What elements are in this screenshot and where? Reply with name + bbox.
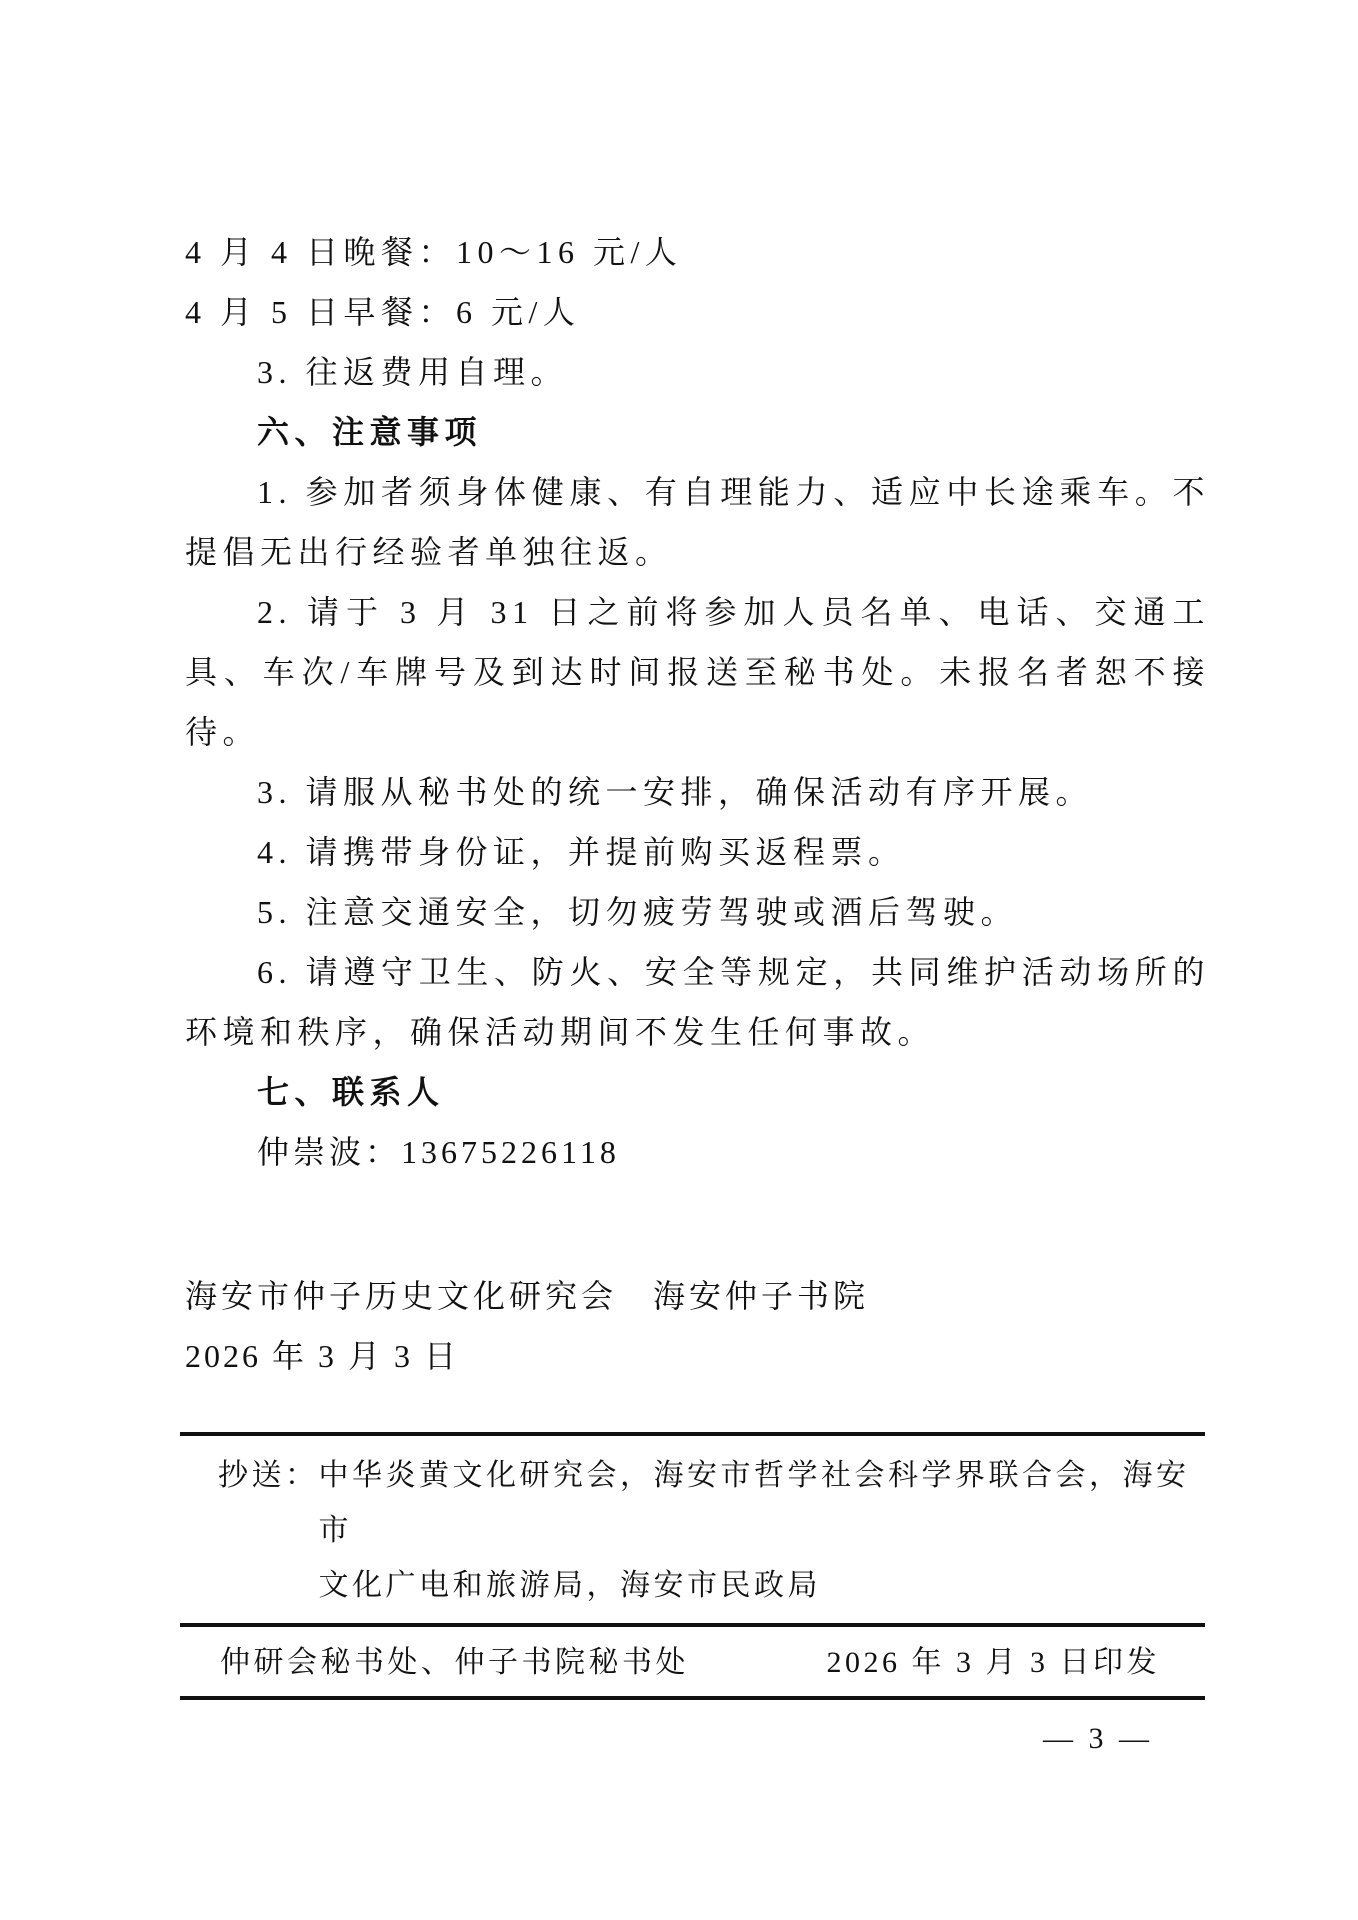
fee-note: 3. 往返费用自理。	[185, 342, 1210, 402]
document-footer: 抄送： 中华炎黄文化研究会，海安市哲学社会科学界联合会，海安市 文化广电和旅游局…	[180, 1432, 1205, 1700]
page-number: — 3 —	[1043, 1722, 1153, 1756]
cc-recipients: 中华炎黄文化研究会，海安市哲学社会科学界联合会，海安市 文化广电和旅游局，海安市…	[319, 1448, 1206, 1613]
issuer: 仲研会秘书处、仲子书院秘书处	[220, 1635, 689, 1690]
note-item-6: 6. 请遵守卫生、防火、安全等规定，共同维护活动场所的环境和秩序，确保活动期间不…	[185, 942, 1210, 1062]
document-body: 4 月 4 日晚餐：10～16 元/人 4 月 5 日早餐：6 元/人 3. 往…	[185, 222, 1210, 1386]
cc-line-1: 中华炎黄文化研究会，海安市哲学社会科学界联合会，海安市	[319, 1448, 1206, 1558]
signature-date: 2026 年 3 月 3 日	[185, 1326, 1210, 1386]
signature-spacer	[185, 1182, 1210, 1266]
cc-label: 抄送：	[218, 1448, 319, 1503]
contact-person: 仲崇波：13675226118	[185, 1122, 1210, 1182]
note-item-5: 5. 注意交通安全，切勿疲劳驾驶或酒后驾驶。	[185, 882, 1210, 942]
meal-line-dinner: 4 月 4 日晚餐：10～16 元/人	[185, 222, 1210, 282]
section-heading-notes: 六、注意事项	[185, 402, 1210, 462]
note-item-3: 3. 请服从秘书处的统一安排，确保活动有序开展。	[185, 762, 1210, 822]
meal-line-breakfast: 4 月 5 日早餐：6 元/人	[185, 282, 1210, 342]
print-date: 2026 年 3 月 3 日印发	[827, 1635, 1161, 1690]
note-item-1: 1. 参加者须身体健康、有自理能力、适应中长途乘车。不提倡无出行经验者单独往返。	[185, 462, 1210, 582]
signature-organizations: 海安市仲子历史文化研究会 海安仲子书院	[185, 1266, 1210, 1326]
cc-line-2: 文化广电和旅游局，海安市民政局	[319, 1558, 1206, 1613]
section-heading-contact: 七、联系人	[185, 1062, 1210, 1122]
document-page: 4 月 4 日晚餐：10～16 元/人 4 月 5 日早餐：6 元/人 3. 往…	[0, 0, 1358, 1920]
note-item-4: 4. 请携带身份证，并提前购买返程票。	[185, 822, 1210, 882]
issue-row: 仲研会秘书处、仲子书院秘书处 2026 年 3 月 3 日印发	[180, 1627, 1205, 1700]
cc-row: 抄送： 中华炎黄文化研究会，海安市哲学社会科学界联合会，海安市 文化广电和旅游局…	[180, 1432, 1205, 1627]
note-item-2: 2. 请于 3 月 31 日之前将参加人员名单、电话、交通工具、车次/车牌号及到…	[185, 582, 1210, 762]
